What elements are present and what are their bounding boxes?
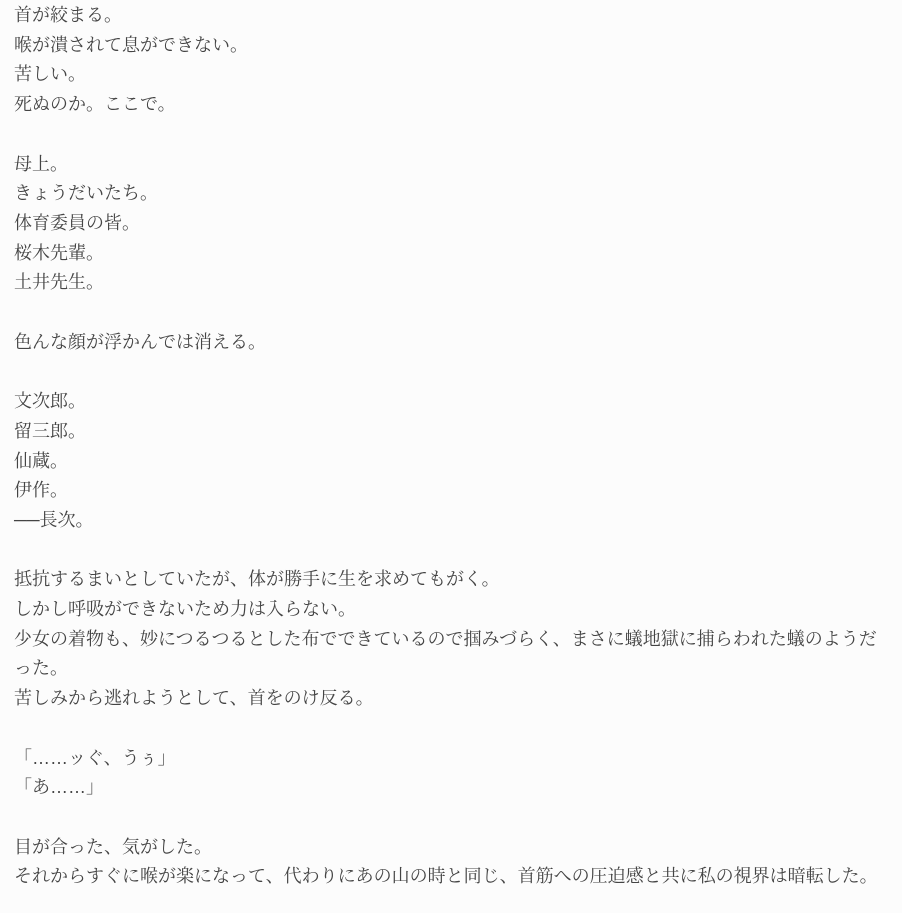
text-line: 苦しい。 <box>14 60 888 90</box>
text-line: 体育委員の皆。 <box>14 209 888 239</box>
text-line: 伊作。 <box>14 476 888 506</box>
text-line <box>14 536 888 566</box>
text-line: ──長次。 <box>14 506 888 536</box>
text-line: 土井先生。 <box>14 268 888 298</box>
text-line: 目が合った、気がした。 <box>14 833 888 863</box>
text-line <box>14 803 888 833</box>
text-line: 桜木先輩。 <box>14 239 888 269</box>
novel-page: 首が絞まる。喉が潰されて息ができない。苦しい。死ぬのか。ここで。母上。きょうだい… <box>0 0 902 913</box>
novel-text-content: 首が絞まる。喉が潰されて息ができない。苦しい。死ぬのか。ここで。母上。きょうだい… <box>0 0 902 892</box>
text-line: 文次郎。 <box>14 387 888 417</box>
text-line <box>14 357 888 387</box>
text-line: 苦しみから逃れようとして、首をのけ反る。 <box>14 684 888 714</box>
text-line: しかし呼吸ができないため力は入らない。 <box>14 595 888 625</box>
text-line: 仙蔵。 <box>14 447 888 477</box>
text-line <box>14 714 888 744</box>
text-line: 喉が潰されて息ができない。 <box>14 31 888 61</box>
text-line: 首が絞まる。 <box>14 1 888 31</box>
text-line: それからすぐに喉が楽になって、代わりにあの山の時と同じ、首筋への圧迫感と共に私の… <box>14 862 888 892</box>
text-line <box>14 120 888 150</box>
text-line <box>14 298 888 328</box>
text-line: 留三郎。 <box>14 417 888 447</box>
text-line: 抵抗するまいとしていたが、体が勝手に生を求めてもがく。 <box>14 565 888 595</box>
text-line: 色んな顔が浮かんでは消える。 <box>14 328 888 358</box>
text-line: 少女の着物も、妙につるつるとした布でできているので掴みづらく、まさに蟻地獄に捕ら… <box>14 625 888 684</box>
text-line: 母上。 <box>14 150 888 180</box>
text-line: きょうだいたち。 <box>14 179 888 209</box>
text-line: 「……ッぐ、うぅ」 <box>14 744 888 774</box>
text-line: 「あ……」 <box>14 773 888 803</box>
text-line: 死ぬのか。ここで。 <box>14 90 888 120</box>
